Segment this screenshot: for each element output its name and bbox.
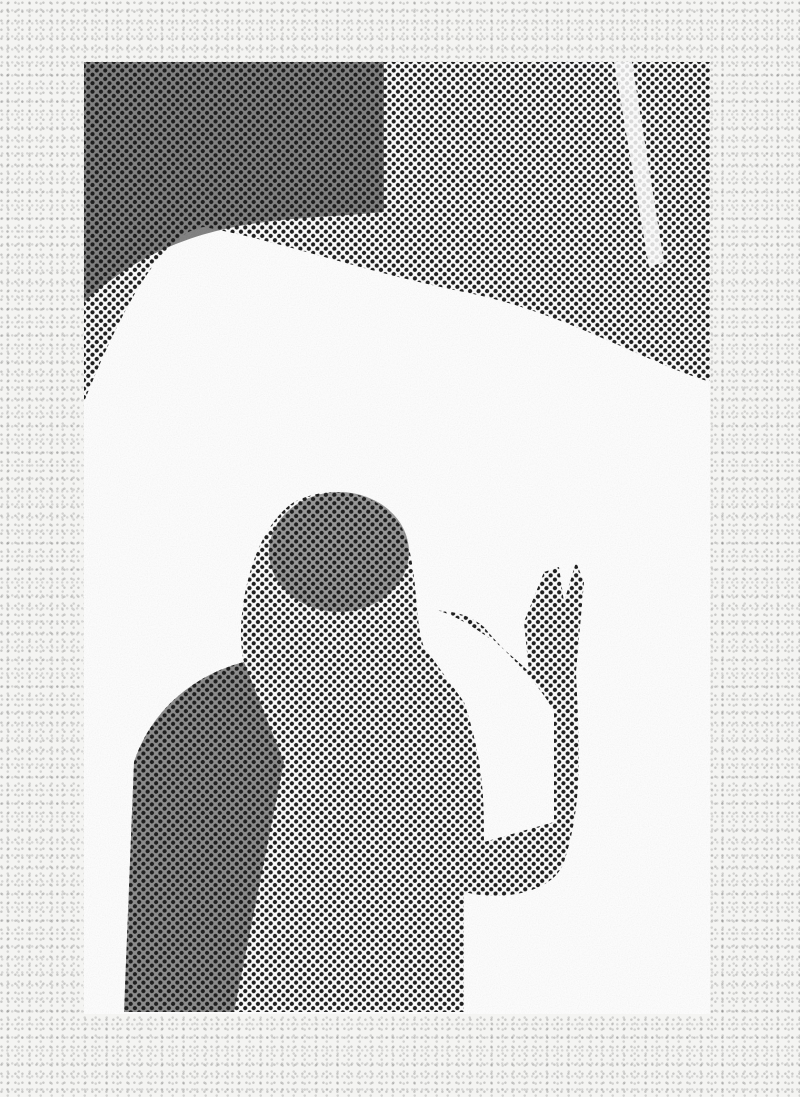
photo-caption <box>40 1030 760 1090</box>
photograph <box>84 62 710 1014</box>
halftone-photo <box>84 62 710 1014</box>
